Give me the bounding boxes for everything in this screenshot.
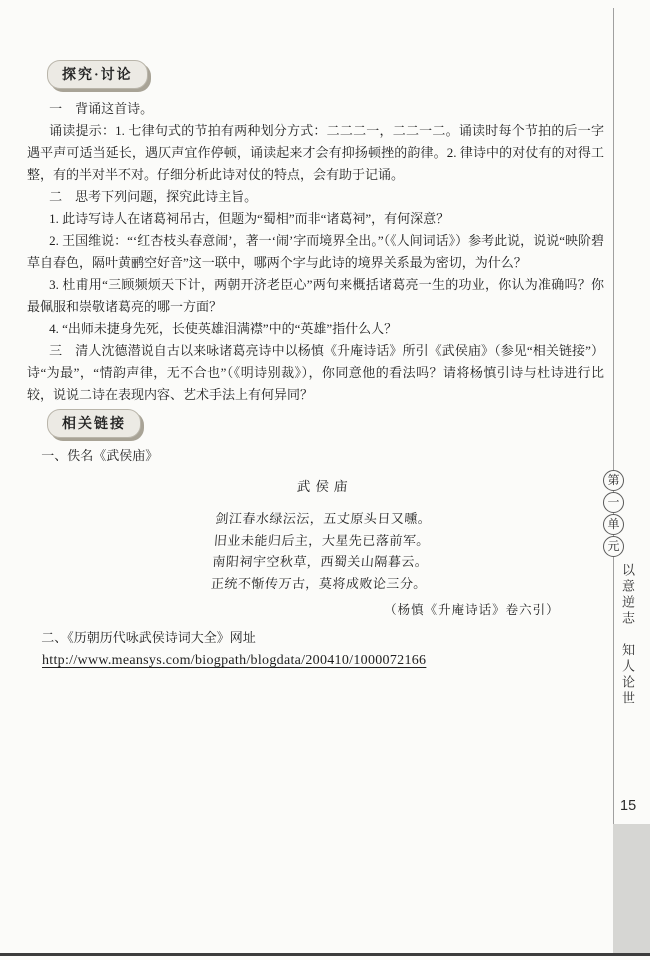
explore-question-1: 1. 此诗写诗人在诸葛祠吊古，但题为“蜀相”而非“诸葛祠”，有何深意？ [27,208,604,230]
page-corner-block [613,824,650,953]
content-column: 探究·讨论 一 背诵这首诗。 诵读提示：1. 七律句式的节拍有两种划分方式：二二… [27,60,604,669]
explore-question-3: 3. 杜甫用“三顾频烦天下计，两朝开济老臣心”两句来概括诸葛亮一生的功业，你认为… [27,274,604,318]
section-badge-explore: 探究·讨论 [47,60,148,89]
poem-line: 剑江春水绿沄沄，五丈原头日又曛。 [28,508,607,530]
url-row: http://www.meansys.com/biogpath/blogdata… [27,651,604,669]
page-number: 15 [620,798,636,814]
link-item-1: 一、佚名《武侯庙》 [27,445,604,467]
resource-url-link[interactable]: http://www.meansys.com/biogpath/blogdata… [42,653,426,669]
explore-paragraph-3: 二 思考下列问题，探究此诗主旨。 [27,186,604,208]
unit-char-circle: 单 [603,514,624,535]
explore-paragraph-8: 三 清人沈德潜说自古以来咏诸葛亮诗中以杨慎《升庵诗话》所引《武侯庙》（参见“相关… [27,340,604,406]
poem-wuhoumiao: 武侯庙 剑江春水绿沄沄，五丈原头日又曛。 旧业未能归后主，大星先已落前军。 南阳… [22,475,609,618]
unit-char-circle: 一 [603,492,624,513]
unit-char-circle: 第 [603,470,624,491]
sidebar-divider-line [613,8,614,824]
unit-motto-top: 以意逆志 [620,563,635,627]
unit-char-circle: 元 [603,536,624,557]
unit-motto: 以意逆志 知人论世 [618,563,637,707]
explore-paragraph-1: 一 背诵这首诗。 [27,98,604,120]
explore-question-4: 4. “出师未捷身先死，长使英雄泪满襟”中的“英雄”指什么人？ [27,318,604,340]
explore-question-2: 2. 王国维说：“‘红杏枝头春意闹’，著一‘闹’字而境界全出。”（《人间词话》）… [27,230,604,274]
textbook-page: { "sections": { "explore": { "badge": "探… [0,0,650,960]
link-item-2: 二、《历朝历代咏武侯诗词大全》网址 [27,627,604,649]
poem-line: 旧业未能归后主，大星先已落前军。 [27,530,606,552]
poem-line: 正统不惭传万古，莫将成败论三分。 [24,573,603,595]
bottom-rule [0,953,650,956]
poem-line: 南阳祠宇空秋草，西蜀关山隔暮云。 [25,551,604,573]
explore-paragraph-2: 诵读提示：1. 七律句式的节拍有两种划分方式：二二二一，二二一二。诵读时每个节拍… [27,120,604,186]
section-badge-links: 相关链接 [47,409,141,438]
unit-badge: 第 一 单 元 [603,470,624,557]
links-badge-row: 相关链接 [27,409,604,438]
unit-motto-bottom: 知人论世 [620,643,635,707]
poem-attribution: （杨慎《升庵诗话》卷六引） [23,600,600,618]
explore-badge-row: 探究·讨论 [27,60,604,89]
poem-title: 武侯庙 [31,475,609,495]
